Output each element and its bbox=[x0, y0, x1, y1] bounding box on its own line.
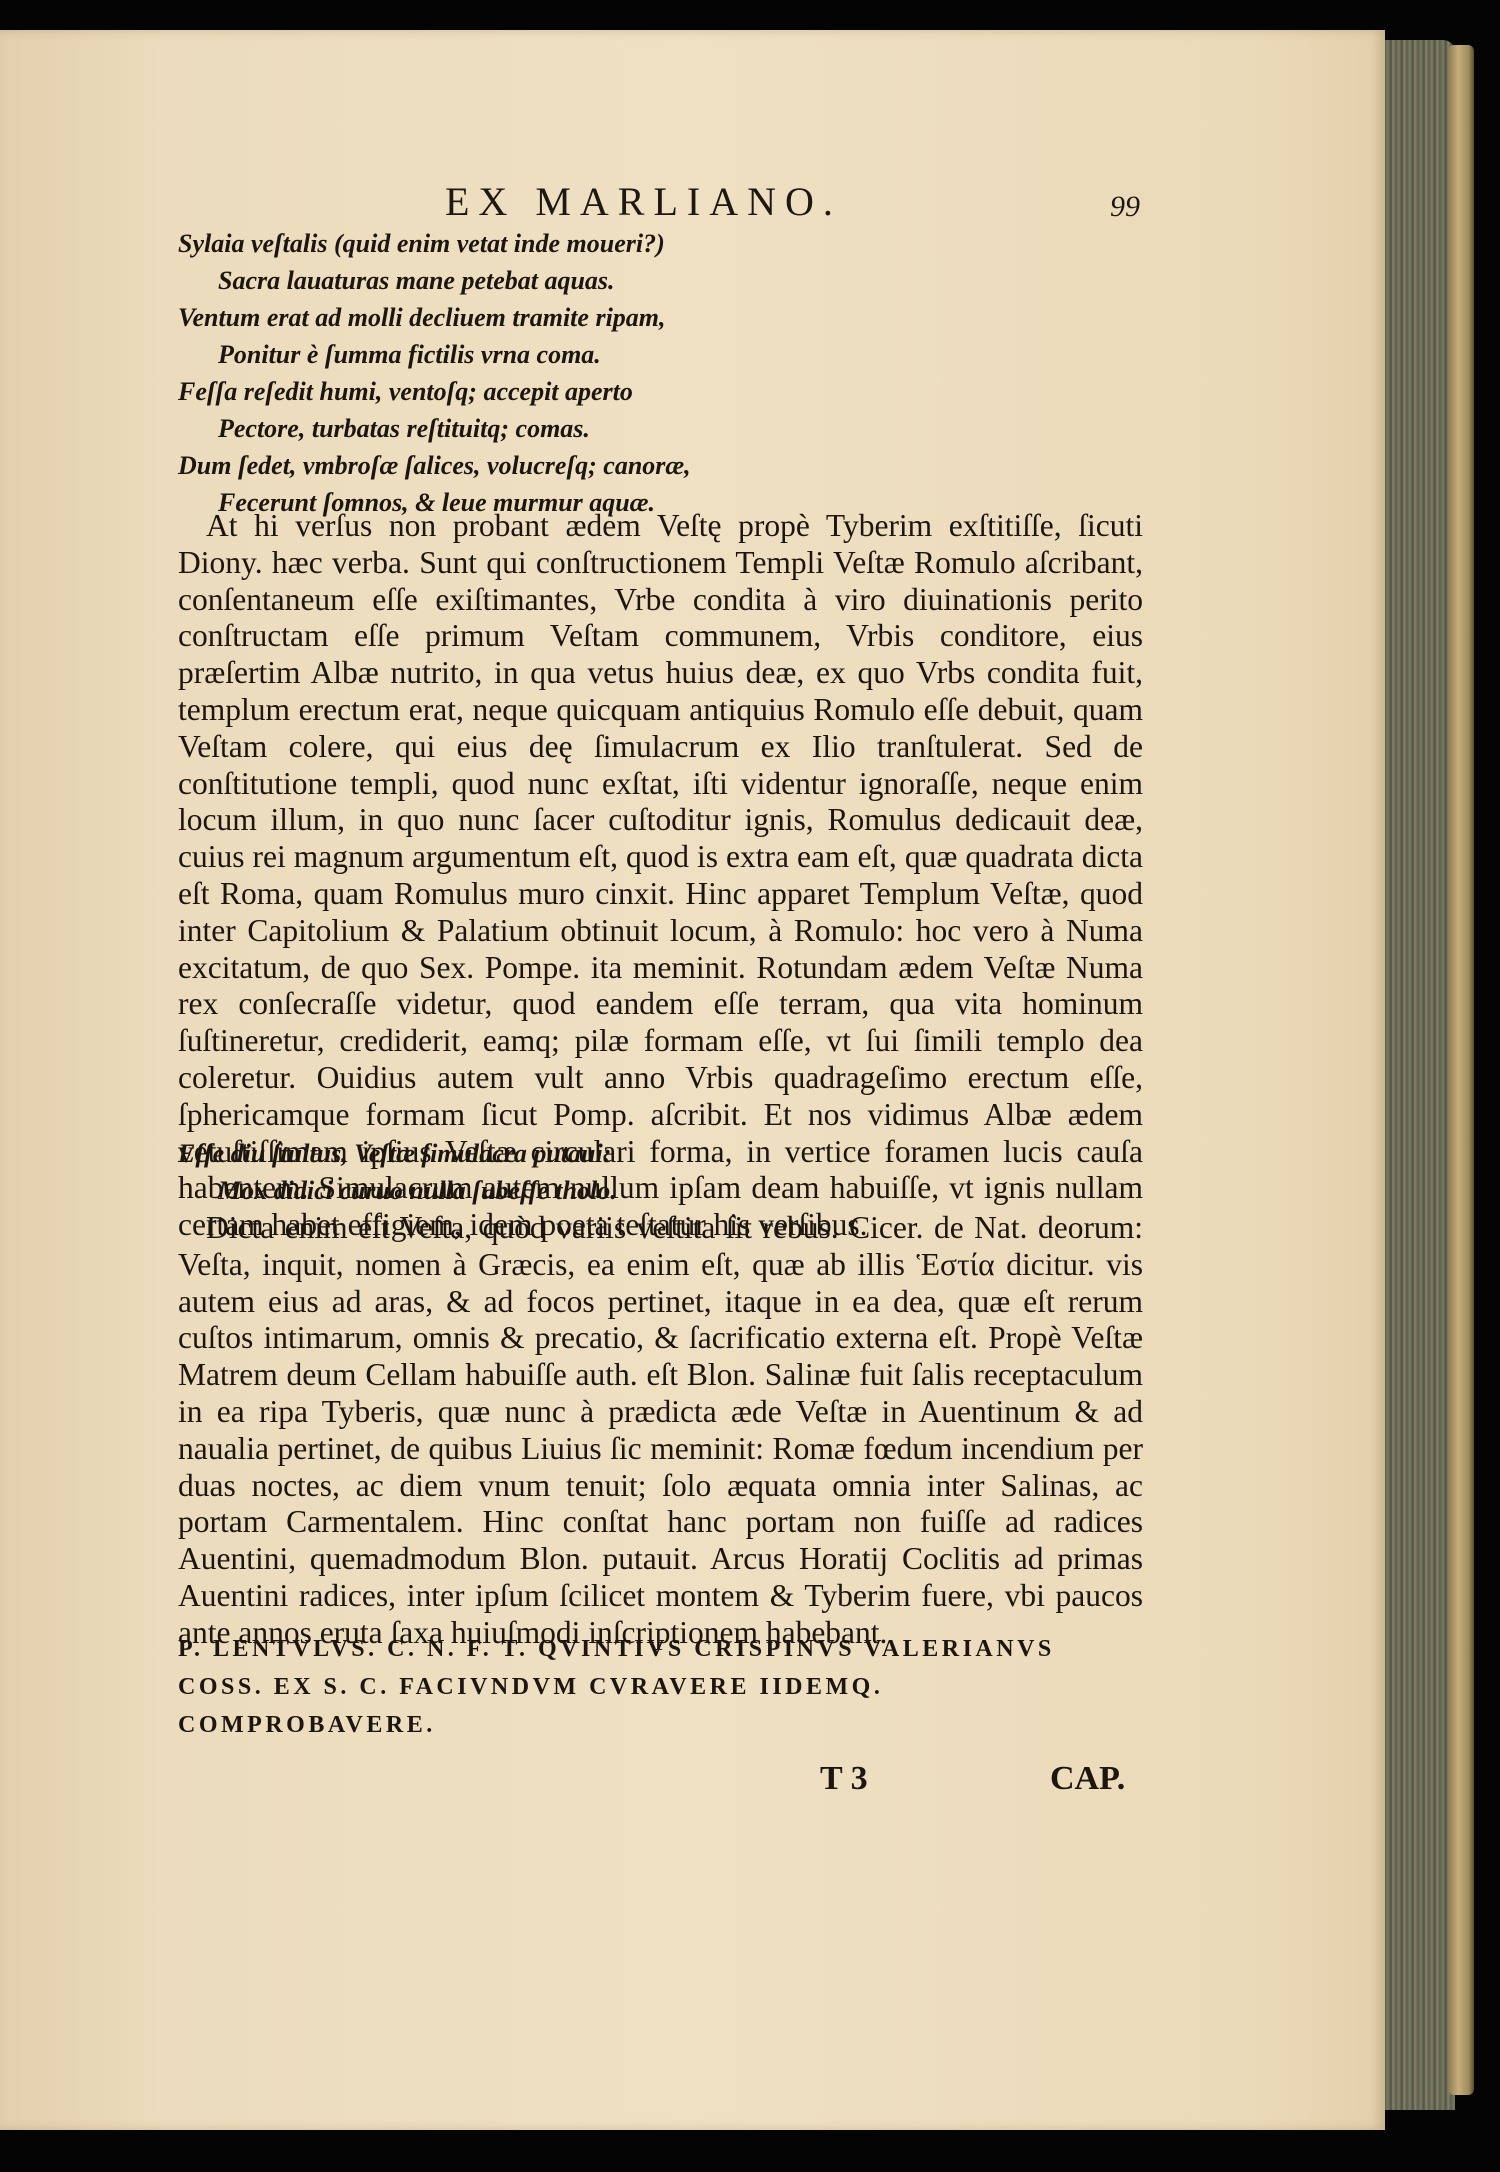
paragraph-text: At hi verſus non probant ædem Veſtę prop… bbox=[178, 508, 1143, 1244]
book-page: EX MARLIANO. 99 Sylaia veſtalis (quid en… bbox=[0, 30, 1385, 2130]
verse-line: Dum ſedet, vmbroſæ ſalices, volucreſq; c… bbox=[178, 447, 1143, 484]
signature-mark: T 3 bbox=[820, 1760, 868, 1798]
verse-line: Sacra lauaturas mane petebat aquas. bbox=[178, 262, 1143, 299]
verse-block-1: Sylaia veſtalis (quid enim vetat inde mo… bbox=[178, 225, 1143, 521]
verse-line: Ponitur è ſumma fictilis vrna coma. bbox=[178, 336, 1143, 373]
paragraph-1: At hi verſus non probant ædem Veſtę prop… bbox=[178, 508, 1143, 1244]
verse-line: Ventum erat ad molli decliuem tramite ri… bbox=[178, 299, 1143, 336]
page-number: 99 bbox=[1110, 190, 1140, 224]
verse-line: Pectore, turbatas reſtituitq; comas. bbox=[178, 410, 1143, 447]
running-head: EX MARLIANO. bbox=[445, 178, 842, 225]
verse-line: Eſſe diu ſtultus, Veſtæ ſimulacra putaui… bbox=[178, 1135, 1143, 1172]
paragraph-2: Dicta enim eſt Veſta, quòd variis veſtit… bbox=[178, 1210, 1143, 1652]
verse-line: Mox didici curuo nulla ſubeſſe tholo. bbox=[178, 1172, 1143, 1209]
latin-inscription: P. LENTVLVS. C. N. F. T. QVINTIVS CRISPI… bbox=[178, 1630, 1143, 1744]
paragraph-text: Dicta enim eſt Veſta, quòd variis veſtit… bbox=[178, 1210, 1143, 1652]
page-edges bbox=[1385, 40, 1455, 2110]
catchword: CAP. bbox=[1050, 1760, 1125, 1798]
verse-line: Feſſa reſedit humi, ventoſq; accepit ape… bbox=[178, 373, 1143, 410]
verse-line: Sylaia veſtalis (quid enim vetat inde mo… bbox=[178, 225, 1143, 262]
book-cover-edge bbox=[1448, 45, 1474, 2095]
verse-block-2: Eſſe diu ſtultus, Veſtæ ſimulacra putaui… bbox=[178, 1135, 1143, 1209]
